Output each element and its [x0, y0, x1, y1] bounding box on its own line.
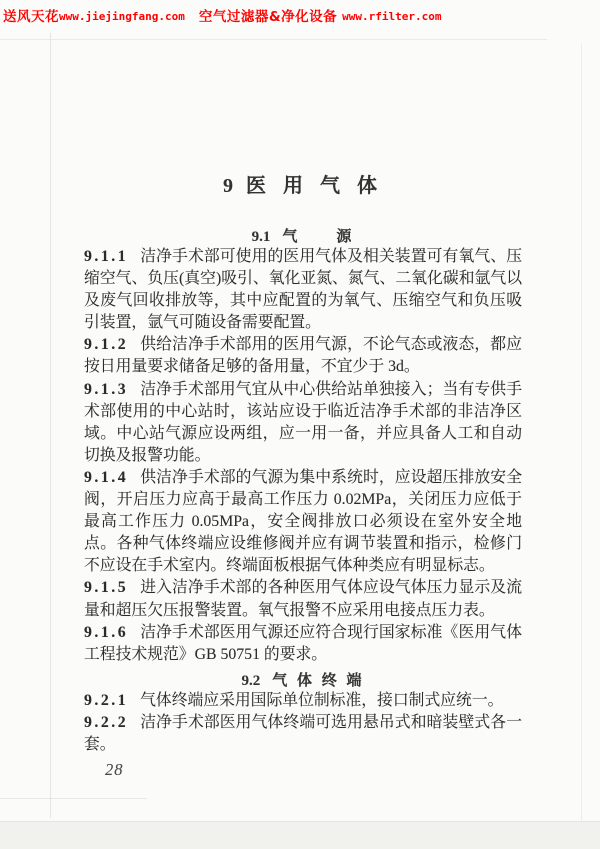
scan-bottom-strip: [0, 821, 600, 849]
clause-text: 供洁净手术部的气源为集中系统时，应设超压排放安全阀，开启压力应高于最高工作压力 …: [84, 469, 522, 574]
section-title-9-2: 9.2气 体 终 端: [84, 669, 522, 690]
clause-text: 气体终端应采用国际单位制标准，接口制式应统一。: [140, 692, 503, 709]
clause-text: 洁净手术部用气宜从中心供给站单独接入；当有专供手术部使用的中心站时，该站应设于临…: [84, 381, 522, 464]
clause-9-1-3: 9.1.3洁净手术部用气宜从中心供给站单独接入；当有专供手术部使用的中心站时，该…: [84, 379, 522, 467]
watermark-header: 送风天花www.jiejingfang.com空气过滤器&净化设备www.rfi…: [3, 5, 441, 26]
clause-9-1-6: 9.1.6洁净手术部医用气源还应符合现行国家标准《医用气体工程技术规范》GB 5…: [84, 622, 522, 666]
page-text-column: 9医 用 气 体 9.1气 源 9.1.1洁净手术部可使用的医用气体及相关装置可…: [84, 0, 522, 780]
clause-text: 进入洁净手术部的各种医用气体应设气体压力显示及流量和超压欠压报警装置。氧气报警不…: [84, 579, 522, 618]
section-name: 气 源: [282, 229, 354, 245]
chapter-name: 医 用 气 体: [246, 175, 383, 197]
clause-9-1-4: 9.1.4供洁净手术部的气源为集中系统时，应设超压排放安全阀，开启压力应高于最高…: [84, 467, 522, 577]
page-number: 28: [105, 760, 522, 780]
scan-edge-left: [50, 33, 51, 818]
clause-number: 9.1.2: [84, 336, 128, 353]
chapter-title: 9医 用 气 体: [84, 169, 522, 198]
section-number: 9.1: [252, 229, 271, 245]
clause-number: 9.2.2: [84, 714, 128, 731]
clause-number: 9.2.1: [84, 692, 128, 709]
watermark-right-label: 空气过滤器&净化设备: [199, 9, 337, 25]
clause-9-1-1: 9.1.1洁净手术部可使用的医用气体及相关装置可有氧气、压缩空气、负压(真空)吸…: [84, 246, 522, 334]
watermark-left-label: 送风天花: [3, 9, 59, 25]
clause-number: 9.1.3: [84, 381, 128, 398]
clause-9-2-2: 9.2.2洁净手术部医用气体终端可选用悬吊式和暗装壁式各一套。: [84, 712, 522, 756]
watermark-left-url: www.jiejingfang.com: [59, 10, 185, 23]
clause-9-1-2: 9.1.2供给洁净手术部用的医用气源，不论气态或液态，都应按日用量要求储备足够的…: [84, 334, 522, 378]
clause-text: 洁净手术部可使用的医用气体及相关装置可有氧气、压缩空气、负压(真空)吸引、氧化亚…: [84, 248, 522, 331]
clause-number: 9.1.6: [84, 624, 128, 641]
clause-number: 9.1.4: [84, 469, 128, 486]
clause-9-1-5: 9.1.5进入洁净手术部的各种医用气体应设气体压力显示及流量和超压欠压报警装置。…: [84, 577, 522, 621]
section-name: 气 体 终 端: [272, 673, 364, 689]
clause-9-2-1: 9.2.1气体终端应采用国际单位制标准，接口制式应统一。: [84, 690, 522, 712]
clause-number: 9.1.5: [84, 579, 128, 596]
scan-edge-right: [581, 44, 582, 821]
clause-text: 洁净手术部医用气体终端可选用悬吊式和暗装壁式各一套。: [84, 714, 522, 753]
clause-text: 洁净手术部医用气源还应符合现行国家标准《医用气体工程技术规范》GB 50751 …: [84, 624, 522, 663]
clause-number: 9.1.1: [84, 248, 128, 265]
section-title-9-1: 9.1气 源: [84, 225, 522, 246]
chapter-number: 9: [223, 175, 233, 197]
clause-text: 供给洁净手术部用的医用气源，不论气态或液态，都应按日用量要求储备足够的备用量，不…: [84, 336, 522, 375]
scan-edge-bottom: [0, 798, 147, 799]
watermark-right-url: www.rfilter.com: [342, 10, 441, 23]
section-number: 9.2: [241, 673, 260, 689]
scanned-document-page: 送风天花www.jiejingfang.com空气过滤器&净化设备www.rfi…: [0, 0, 600, 849]
